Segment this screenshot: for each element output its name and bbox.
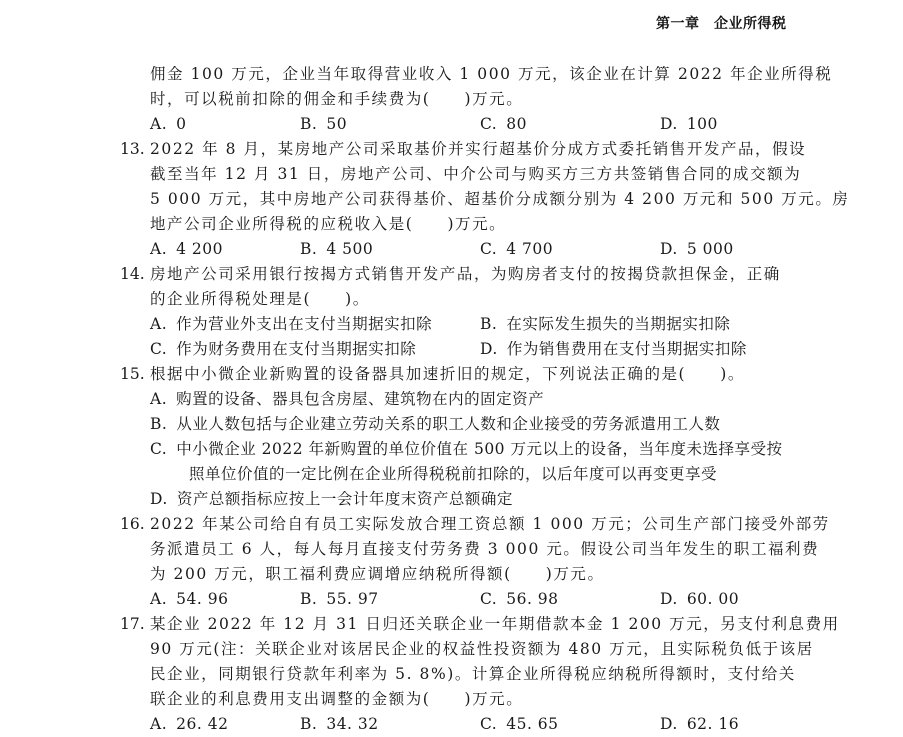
option-text: 作为营业外支出在支付当期据实扣除 bbox=[176, 315, 432, 333]
question-text-line: 17.某企业 2022 年 12 月 31 日归还关联企业一年期借款本金 1 2… bbox=[120, 612, 840, 637]
option-label: D. bbox=[660, 590, 678, 608]
option-c: C.作为财务费用在支付当期据实扣除 bbox=[150, 337, 416, 362]
option-text: 4 700 bbox=[506, 240, 553, 258]
question-text-line: 务派遣员工 6 人，每人每月直接支付劳务费 3 000 元。假设公司当年发生的职… bbox=[150, 537, 819, 562]
option-text: 60. 00 bbox=[687, 590, 739, 608]
option-label: B. bbox=[300, 715, 317, 733]
option-text: 4 500 bbox=[326, 240, 373, 258]
option-label: B. bbox=[150, 415, 167, 433]
option-text: 50 bbox=[326, 115, 347, 133]
question-text: 2022 年 8 月，某房地产公司采取基价并实行超基价分成方式委托销售开发产品，… bbox=[150, 140, 806, 158]
option-label: B. bbox=[300, 115, 317, 133]
option-b: B.在实际发生损失的当期据实扣除 bbox=[480, 312, 730, 337]
option-c: C.4 700 bbox=[480, 237, 553, 262]
option-label: C. bbox=[150, 340, 167, 358]
option-label: B. bbox=[300, 590, 317, 608]
option-text: 100 bbox=[687, 115, 718, 133]
option-a: A.54. 96 bbox=[150, 587, 228, 612]
option-text: 中小微企业 2022 年新购置的单位价值在 500 万元以上的设备，当年度未选择… bbox=[176, 440, 782, 458]
option-text: 4 200 bbox=[176, 240, 223, 258]
option-label: D. bbox=[660, 115, 678, 133]
option-c: C.中小微企业 2022 年新购置的单位价值在 500 万元以上的设备，当年度未… bbox=[150, 437, 782, 462]
question-text-line: 地产公司企业所得税的应税收入是( )万元。 bbox=[150, 212, 506, 237]
option-label: B. bbox=[480, 315, 497, 333]
option-label: C. bbox=[480, 590, 497, 608]
option-label: A. bbox=[150, 590, 167, 608]
question-text-line: 14.房地产公司采用银行按揭方式销售开发产品，为购房者支付的按揭贷款担保金，正确 bbox=[120, 262, 781, 287]
question-number: 13. bbox=[120, 137, 150, 162]
option-text: 34. 32 bbox=[326, 715, 378, 733]
option-label: C. bbox=[150, 440, 167, 458]
question-text-line: 联企业的利息费用支出调整的金额为( )万元。 bbox=[150, 687, 523, 712]
option-b: B.4 500 bbox=[300, 237, 373, 262]
option-d: D.62. 16 bbox=[660, 712, 739, 737]
question-text: 2022 年某公司给自有员工实际发放合理工资总额 1 000 万元；公司生产部门… bbox=[150, 515, 830, 533]
option-text: 在实际发生损失的当期据实扣除 bbox=[506, 315, 730, 333]
question-number: 15. bbox=[120, 362, 150, 387]
option-label: A. bbox=[150, 115, 167, 133]
option-text: 资产总额指标应按上一会计年度末资产总额确定 bbox=[177, 490, 513, 508]
option-label: A. bbox=[150, 240, 167, 258]
option-a: A.4 200 bbox=[150, 237, 223, 262]
option-a: A.作为营业外支出在支付当期据实扣除 bbox=[150, 312, 432, 337]
question-number: 17. bbox=[120, 612, 150, 637]
option-d: D.资产总额指标应按上一会计年度末资产总额确定 bbox=[150, 487, 513, 512]
question-text-line: 13.2022 年 8 月，某房地产公司采取基价并实行超基价分成方式委托销售开发… bbox=[120, 137, 806, 162]
question-text-line: 民企业，同期银行贷款年利率为 5. 8%)。计算企业所得税应纳税所得额时，支付给… bbox=[150, 662, 796, 687]
question-text-line: 5 000 万元，其中房地产公司获得基价、超基价分成额分别为 4 200 万元和… bbox=[150, 187, 849, 212]
question-text-line: 截至当年 12 月 31 日，房地产公司、中介公司与购买方三方共签销售合同的成交… bbox=[150, 162, 801, 187]
option-text: 从业人数包括与企业建立劳动关系的职工人数和企业接受的劳务派遣用工人数 bbox=[176, 415, 720, 433]
question-text: 根据中小微企业新购置的设备器具加速折旧的规定，下列说法正确的是( )。 bbox=[150, 365, 745, 383]
option-a: A.26. 42 bbox=[150, 712, 228, 737]
option-c: C.56. 98 bbox=[480, 587, 559, 612]
option-b: B.50 bbox=[300, 112, 347, 137]
option-a: A.0 bbox=[150, 112, 187, 137]
option-text: 5 000 bbox=[687, 240, 734, 258]
question-text-line: 15.根据中小微企业新购置的设备器具加速折旧的规定，下列说法正确的是( )。 bbox=[120, 362, 745, 387]
question-text: 某企业 2022 年 12 月 31 日归还关联企业一年期借款本金 1 200 … bbox=[150, 615, 840, 633]
option-text: 作为财务费用在支付当期据实扣除 bbox=[176, 340, 416, 358]
option-a: A.购置的设备、器具包含房屋、建筑物在内的固定资产 bbox=[150, 387, 544, 412]
option-d: D.100 bbox=[660, 112, 718, 137]
option-label: A. bbox=[150, 715, 167, 733]
option-d: D.60. 00 bbox=[660, 587, 739, 612]
option-b: B.55. 97 bbox=[300, 587, 379, 612]
option-text: 26. 42 bbox=[176, 715, 228, 733]
option-text: 作为销售费用在支付当期据实扣除 bbox=[507, 340, 747, 358]
option-text: 购置的设备、器具包含房屋、建筑物在内的固定资产 bbox=[176, 390, 544, 408]
option-label: C. bbox=[480, 240, 497, 258]
option-text: 0 bbox=[176, 115, 186, 133]
question-text-line: 为 200 万元，职工福利费应调增应纳税所得额( )万元。 bbox=[150, 562, 605, 587]
option-text: 80 bbox=[506, 115, 527, 133]
option-d: D.作为销售费用在支付当期据实扣除 bbox=[480, 337, 747, 362]
option-text: 56. 98 bbox=[506, 590, 558, 608]
question-text-line: 的企业所得税处理是( )。 bbox=[150, 287, 370, 312]
question-number: 14. bbox=[120, 262, 150, 287]
running-header-chapter-title: 第一章 企业所得税 bbox=[656, 13, 787, 33]
option-label: C. bbox=[480, 715, 497, 733]
option-text: 54. 96 bbox=[176, 590, 228, 608]
option-text: 62. 16 bbox=[687, 715, 739, 733]
option-c: C.80 bbox=[480, 112, 527, 137]
option-label: A. bbox=[150, 390, 167, 408]
option-d: D.5 000 bbox=[660, 237, 734, 262]
question-text-line: 16.2022 年某公司给自有员工实际发放合理工资总额 1 000 万元；公司生… bbox=[120, 512, 830, 537]
option-c: C.45. 65 bbox=[480, 712, 559, 737]
option-label: D. bbox=[660, 240, 678, 258]
option-label: A. bbox=[150, 315, 167, 333]
option-label: B. bbox=[300, 240, 317, 258]
question-number: 16. bbox=[120, 512, 150, 537]
question-text-line: 佣金 100 万元，企业当年取得营业收入 1 000 万元，该企业在计算 202… bbox=[150, 62, 832, 87]
option-b: B.从业人数包括与企业建立劳动关系的职工人数和企业接受的劳务派遣用工人数 bbox=[150, 412, 720, 437]
question-text-line: 90 万元(注：关联企业对该居民企业的权益性投资额为 480 万元，且实际税负低… bbox=[150, 637, 814, 662]
question-text: 房地产公司采用银行按揭方式销售开发产品，为购房者支付的按揭贷款担保金，正确 bbox=[150, 265, 781, 283]
option-c-continuation: 照单位价值的一定比例在企业所得税税前扣除的，以后年度可以再变更享受 bbox=[189, 462, 717, 487]
question-text-line: 时，可以税前扣除的佣金和手续费为( )万元。 bbox=[150, 87, 523, 112]
option-label: C. bbox=[480, 115, 497, 133]
option-label: D. bbox=[150, 490, 168, 508]
option-label: D. bbox=[480, 340, 498, 358]
option-text: 55. 97 bbox=[326, 590, 378, 608]
option-b: B.34. 32 bbox=[300, 712, 379, 737]
option-text: 45. 65 bbox=[506, 715, 558, 733]
option-label: D. bbox=[660, 715, 678, 733]
